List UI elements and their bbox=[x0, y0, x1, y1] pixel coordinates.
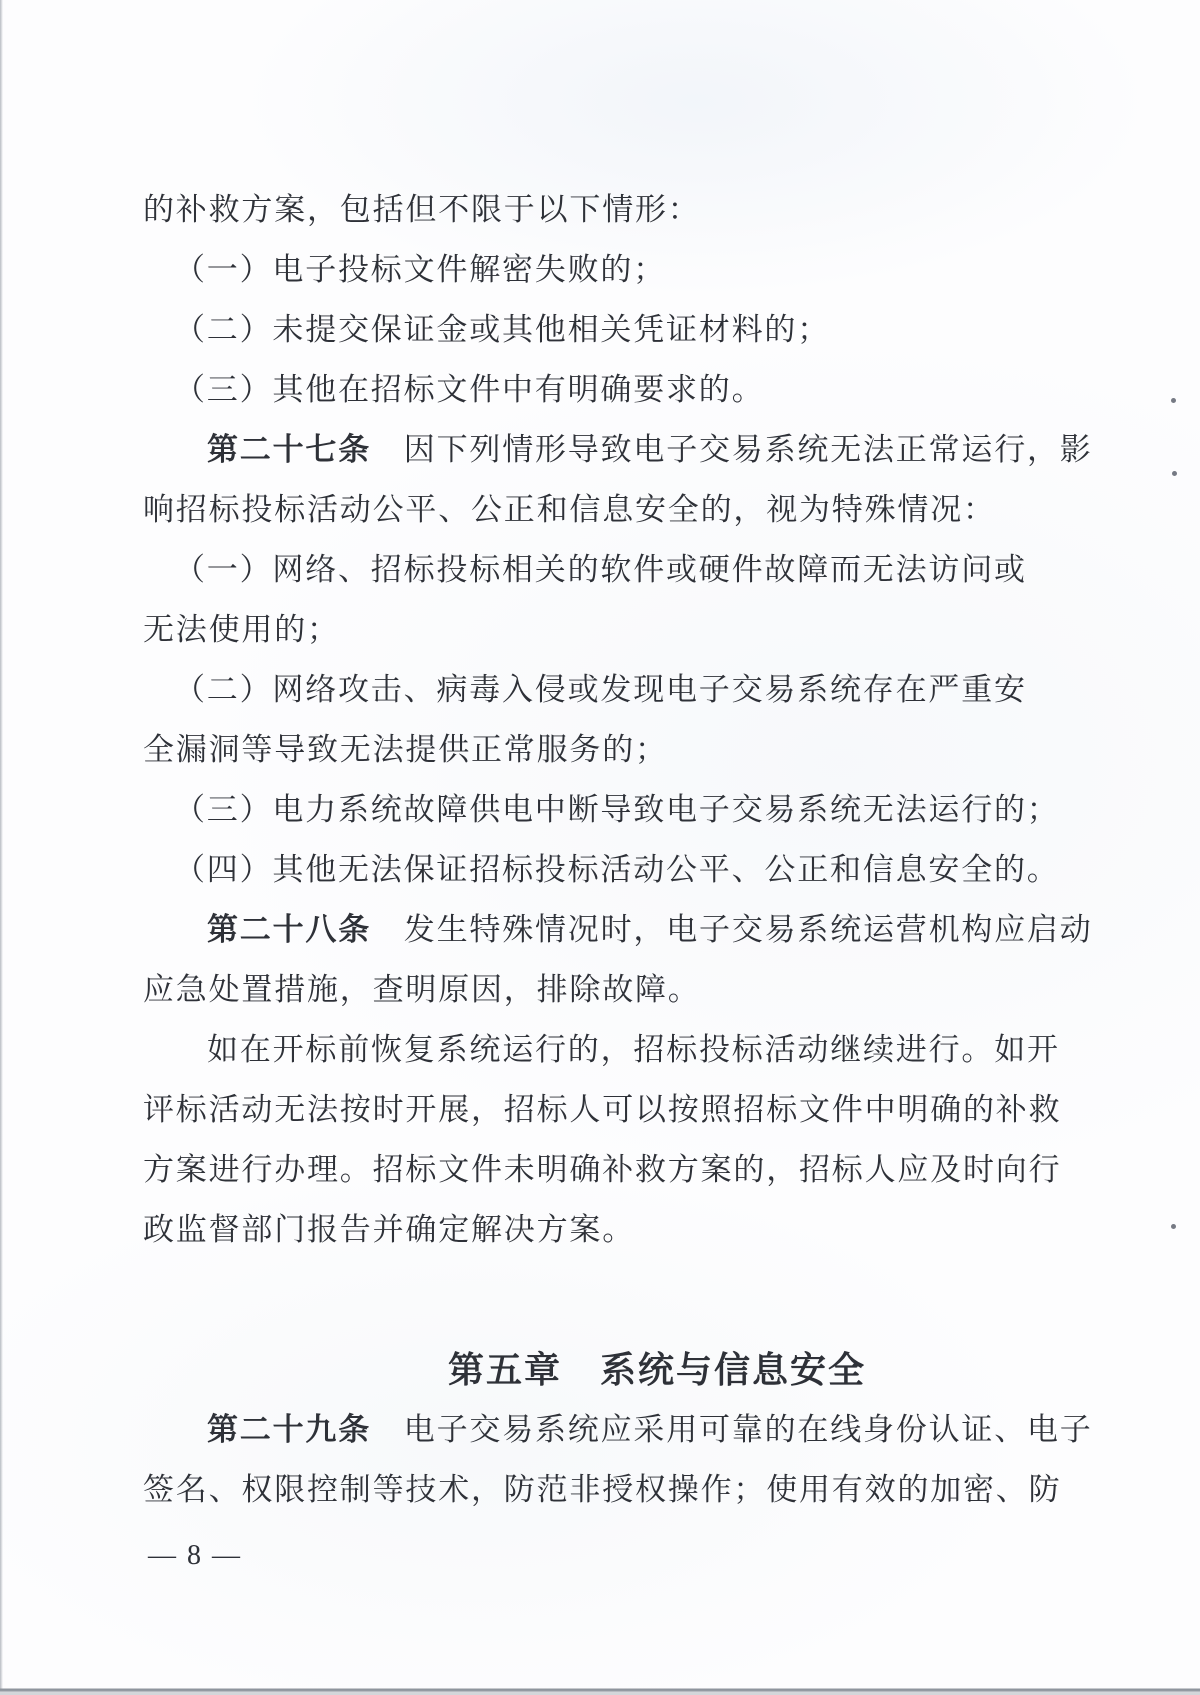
body-line: （三）电力系统故障供电中断导致电子交易系统无法运行的； bbox=[143, 780, 1083, 840]
body-line: （二）网络攻击、病毒入侵或发现电子交易系统存在严重安 bbox=[143, 660, 1083, 720]
scan-speck bbox=[1171, 1224, 1176, 1229]
scan-left-edge-shadow bbox=[0, 0, 3, 1695]
body-line: 应急处置措施，查明原因，排除故障。 bbox=[143, 960, 1083, 1020]
body-line: 响招标投标活动公平、公正和信息安全的，视为特殊情况： bbox=[143, 480, 1083, 540]
article-28-line: 第二十八条 发生特殊情况时，电子交易系统运营机构应启动 bbox=[143, 900, 1083, 960]
body-line: 签名、权限控制等技术，防范非授权操作；使用有效的加密、防 bbox=[143, 1460, 1083, 1520]
body-line: （二）未提交保证金或其他相关凭证材料的； bbox=[143, 300, 1083, 360]
article-27-line: 第二十七条 因下列情形导致电子交易系统无法正常运行，影 bbox=[143, 420, 1083, 480]
chapter-5-heading: 第五章 系统与信息安全 bbox=[187, 1340, 1127, 1400]
body-line: 的补救方案，包括但不限于以下情形： bbox=[143, 180, 1083, 240]
scanner-bottom-edge bbox=[0, 1685, 1200, 1695]
document-body: 的补救方案，包括但不限于以下情形： （一）电子投标文件解密失败的； （二）未提交… bbox=[143, 180, 1083, 1520]
body-line: 政监督部门报告并确定解决方案。 bbox=[143, 1200, 1083, 1260]
scan-speck bbox=[1172, 471, 1177, 476]
body-line: 评标活动无法按时开展，招标人可以按照招标文件中明确的补救 bbox=[143, 1080, 1083, 1140]
body-line: （一）电子投标文件解密失败的； bbox=[143, 240, 1083, 300]
body-line: （一）网络、招标投标相关的软件或硬件故障而无法访问或 bbox=[143, 540, 1083, 600]
body-line: 全漏洞等导致无法提供正常服务的； bbox=[143, 720, 1083, 780]
body-line: 无法使用的； bbox=[143, 600, 1083, 660]
page-number: — 8 — bbox=[148, 1534, 242, 1578]
scan-speck bbox=[1171, 398, 1176, 403]
body-line: 如在开标前恢复系统运行的，招标投标活动继续进行。如开 bbox=[143, 1020, 1083, 1080]
body-line: 方案进行办理。招标文件未明确补救方案的，招标人应及时向行 bbox=[143, 1140, 1083, 1200]
body-line: （三）其他在招标文件中有明确要求的。 bbox=[143, 360, 1083, 420]
scanned-document-page: 的补救方案，包括但不限于以下情形： （一）电子投标文件解密失败的； （二）未提交… bbox=[0, 0, 1200, 1695]
body-line: （四）其他无法保证招标投标活动公平、公正和信息安全的。 bbox=[143, 840, 1083, 900]
article-29-line: 第二十九条 电子交易系统应采用可靠的在线身份认证、电子 bbox=[143, 1400, 1083, 1460]
